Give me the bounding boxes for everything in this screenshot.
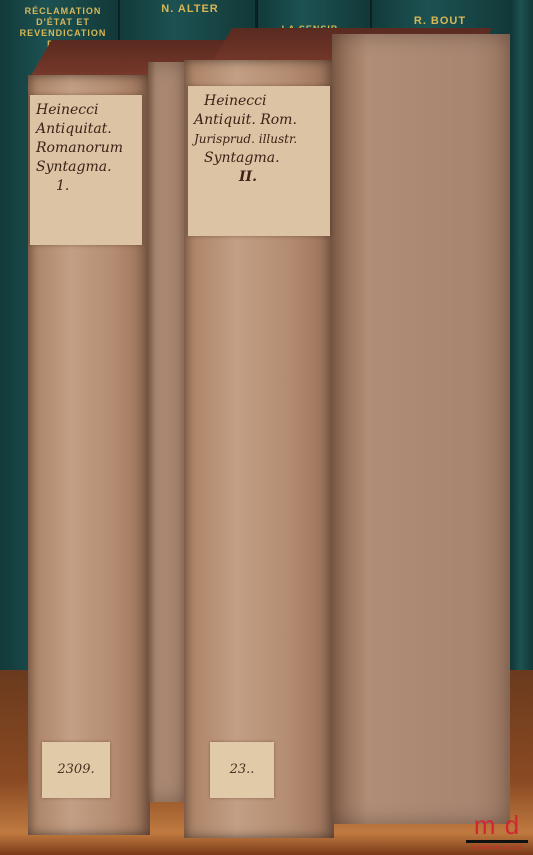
volume-2-spine-label: Heinecci Antiquit. Rom. Jurisprud. illus… (188, 86, 330, 236)
background-book-2-title: N. ALTER (140, 4, 240, 15)
watermark-bar (466, 840, 528, 843)
background-book-4-title: R. BOUT (395, 16, 485, 27)
volume-2-shelf-number: 23.. (210, 742, 274, 798)
volume-1-shelf-number: 2309. (42, 742, 110, 798)
watermark: m d la mémoire du droit (462, 812, 532, 851)
watermark-logo: m d (462, 812, 532, 838)
background-book-5 (512, 0, 533, 680)
watermark-tagline: la mémoire du droit (462, 845, 532, 851)
volume-1-side (148, 62, 186, 802)
volume-1-spine-label: Heinecci Antiquitat. Romanorum Syntagma.… (30, 95, 142, 245)
volume-2-side (332, 34, 510, 824)
